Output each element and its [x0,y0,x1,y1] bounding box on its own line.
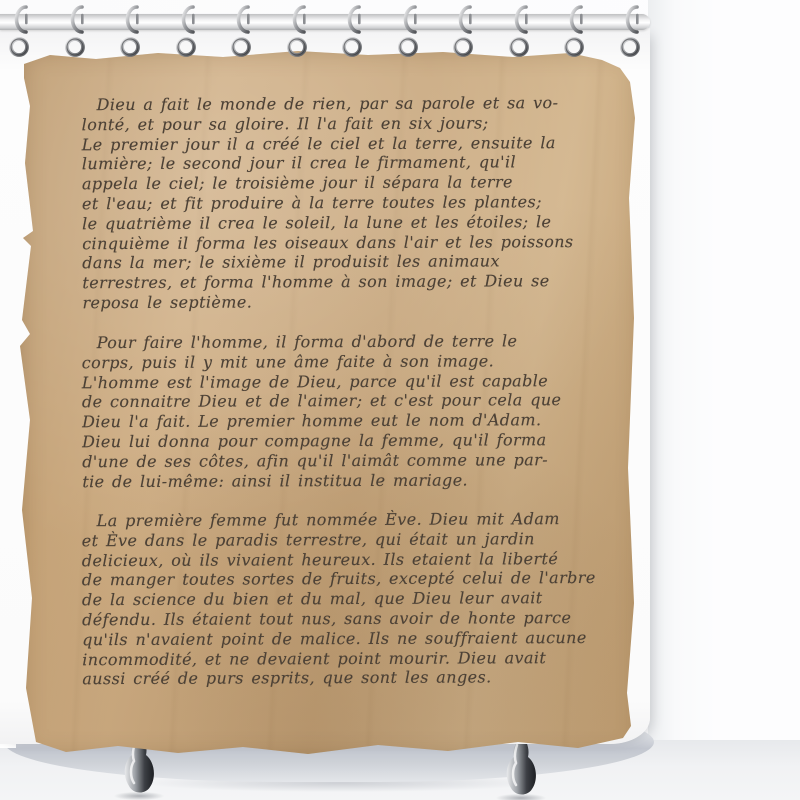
letter-paragraph: La première femme fut nommée Ève. Dieu m… [82,509,631,690]
letter-line: Dieu lui donna pour compagne la femme, q… [82,430,630,452]
letter-line: de manger toutes sortes de fruits, excep… [82,568,630,590]
letter-line: corps, puis il y mit une âme faite à son… [82,350,630,372]
letter-paragraph: Dieu a fait le monde de rien, par sa par… [82,93,631,313]
letter-line: aussi créé de purs esprits, que sont les… [82,667,630,689]
letter-line: défendu. Ils étaient tout nus, sans avoi… [82,608,630,630]
letter-line: de la science du bien et du mal, que Die… [82,588,630,610]
curtain-ring-hook-icon [284,2,312,58]
letter-line: de connaitre Dieu et de l'aimer; et c'es… [82,390,630,412]
letter-line: tie de lui-même: ainsi il institua le ma… [82,469,630,491]
letter-line: Dieu a fait le monde de rien, par sa par… [82,93,630,115]
letter-line: qu'ils n'avaient point de malice. Ils ne… [82,628,630,650]
curtain-ring-hook-icon [395,2,423,58]
letter-line: incommodité, et ne devaient point mourir… [82,648,630,670]
letter-line: delicieux, où ils vivaient heureux. Ils … [82,549,630,571]
letter-line: d'une de ses côtes, afin qu'il l'aimât c… [82,449,630,471]
letter-line: appela le ciel; le troisième jour il sép… [82,172,630,194]
handwritten-letter: Dieu a fait le monde de rien, par sa par… [82,94,630,688]
vintage-paper-print: Dieu a fait le monde de rien, par sa par… [18,48,644,760]
letter-line: lonté, et pour sa gloire. Il l'a fait en… [82,113,630,135]
letter-line: lumière; le second jour il crea le firma… [82,152,630,174]
letter-line: Dieu l'a fait. Le premier homme eut le n… [82,410,630,432]
curtain-ring-hook-icon [173,2,201,58]
curtain-ring-hook-icon [117,2,145,58]
letter-line: le quatrième il crea le soleil, la lune … [82,212,630,234]
background-wall [648,0,800,745]
letter-line: La première femme fut nommée Ève. Dieu m… [82,509,630,531]
letter-line: et Ève dans le paradis terrestre, qui ét… [82,529,630,551]
curtain-ring-hook-icon [450,2,478,58]
letter-line: L'homme est l'image de Dieu, parce qu'il… [82,370,630,392]
letter-line: et l'eau; et fit produire à la terre tou… [82,192,630,214]
curtain-ring-hook-icon [62,2,90,58]
letter-line: dans la mer; le sixième il produisit les… [82,251,630,273]
shower-curtain-panel: Dieu a fait le monde de rien, par sa par… [0,28,650,744]
letter-line: terrestres, et forma l'homme à son image… [82,271,630,293]
curtain-rings [0,0,660,70]
curtain-ring-hook-icon [617,2,645,58]
curtain-ring-hook-icon [339,2,367,58]
shower-curtain-product-photo: Dieu a fait le monde de rien, par sa par… [0,0,800,800]
letter-paragraph: Pour faire l'homme, il forma d'abord de … [82,331,631,492]
curtain-ring-hook-icon [6,2,34,58]
letter-line: Pour faire l'homme, il forma d'abord de … [82,331,630,353]
curtain-ring-hook-icon [506,2,534,58]
letter-line: Le premier jour il a créé le ciel et la … [82,132,630,154]
letter-line: cinquième il forma les oiseaux dans l'ai… [82,231,630,253]
curtain-ring-hook-icon [561,2,589,58]
tub-claw-foot-icon [498,735,544,799]
letter-line: reposa le septième. [82,291,630,313]
curtain-ring-hook-icon [228,2,256,58]
